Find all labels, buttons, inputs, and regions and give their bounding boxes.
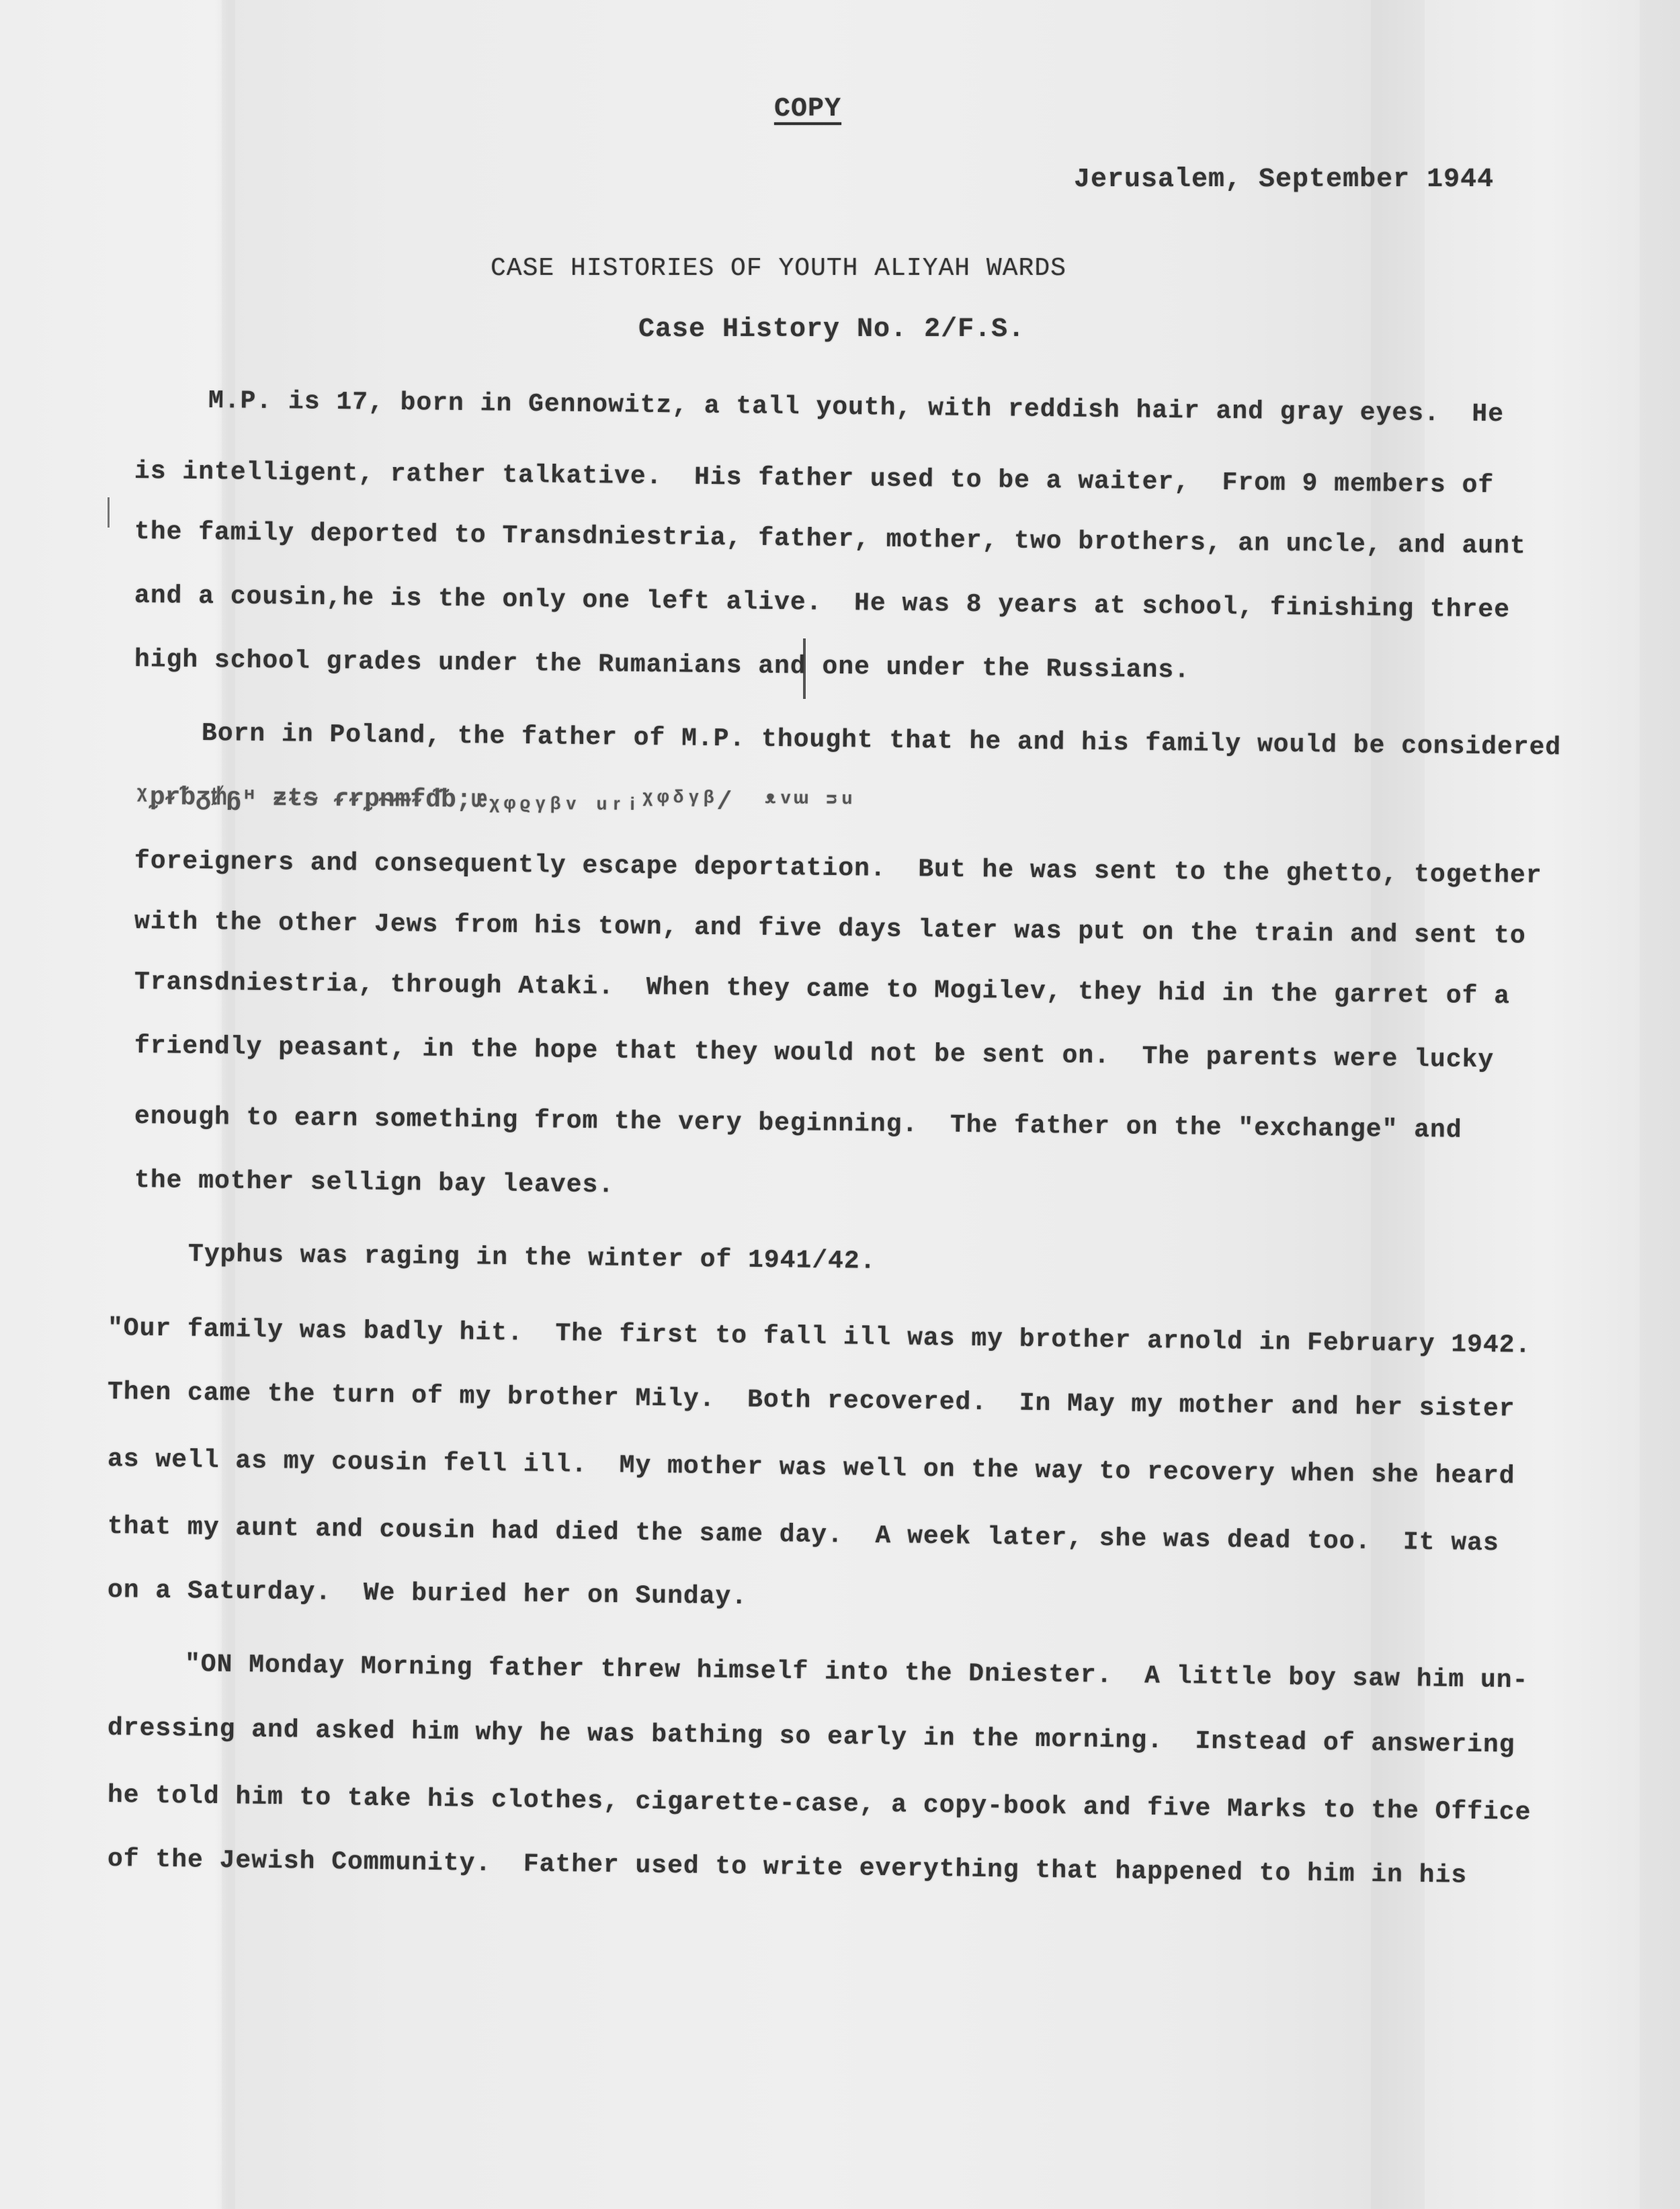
body-line: Transdniestria, through Ataki. When they… — [134, 968, 1510, 1011]
body-line: with the other Jews from his town, and f… — [134, 907, 1526, 951]
body-line: "Our family was badly hit. The first to … — [108, 1314, 1531, 1360]
struck-through-line: ᵡᵱᵲᵬᵹᵺᵷᵸ ᵶᵵᵴ ᵳᵲᵱᵰᵯᵮᵭᵬ;ᵫᵪᵩᵨᵧᵦᵥ ᵤᵣᵢᵡᵠᵟᵞᵝ/ … — [134, 783, 855, 818]
body-line: and a cousin,he is the only one left ali… — [134, 581, 1510, 624]
body-line: of the Jewish Community. Father used to … — [108, 1845, 1468, 1890]
scanned-page: COPY Jerusalem, September 1944 CASE HIST… — [0, 0, 1680, 2209]
body-line: M.P. is 17, born in Gennowitz, a tall yo… — [208, 386, 1504, 429]
body-line: on a Saturday. We buried her on Sunday. — [108, 1576, 748, 1612]
body-line: that my aunt and cousin had died the sam… — [108, 1512, 1499, 1558]
margin-pencil-mark — [108, 497, 110, 528]
body-line: is intelligent, rather talkative. His fa… — [134, 457, 1495, 500]
scan-shadow-stripe — [1640, 0, 1680, 2209]
body-line: friendly peasant, in the hope that they … — [134, 1032, 1495, 1075]
document-title: CASE HISTORIES OF YOUTH ALIYAH WARDS — [491, 254, 1066, 283]
body-line: enough to earn something from the very b… — [134, 1102, 1462, 1145]
body-line: the family deported to Transdniestria, f… — [134, 517, 1526, 561]
dateline: Jerusalem, September 1944 — [1074, 165, 1494, 195]
body-line: as well as my cousin fell ill. My mother… — [108, 1445, 1515, 1491]
case-history-number: Case History No. 2/F.S. — [638, 315, 1025, 345]
body-line: foreigners and consequently escape depor… — [134, 847, 1542, 890]
body-line: the mother sellign bay leaves. — [134, 1166, 615, 1200]
body-line: "ON Monday Morning father threw himself … — [185, 1650, 1529, 1695]
body-line: Born in Poland, the father of M.P. thoug… — [202, 719, 1562, 762]
body-line: he told him to take his clothes, cigaret… — [108, 1781, 1531, 1827]
body-line: high school grades under the Rumanians a… — [134, 645, 1190, 685]
body-line: Typhus was raging in the winter of 1941/… — [188, 1240, 876, 1276]
body-line: Then came the turn of my brother Mily. B… — [108, 1378, 1515, 1424]
body-line: dressing and asked him why he was bathin… — [108, 1714, 1515, 1760]
copy-label: COPY — [774, 94, 841, 124]
